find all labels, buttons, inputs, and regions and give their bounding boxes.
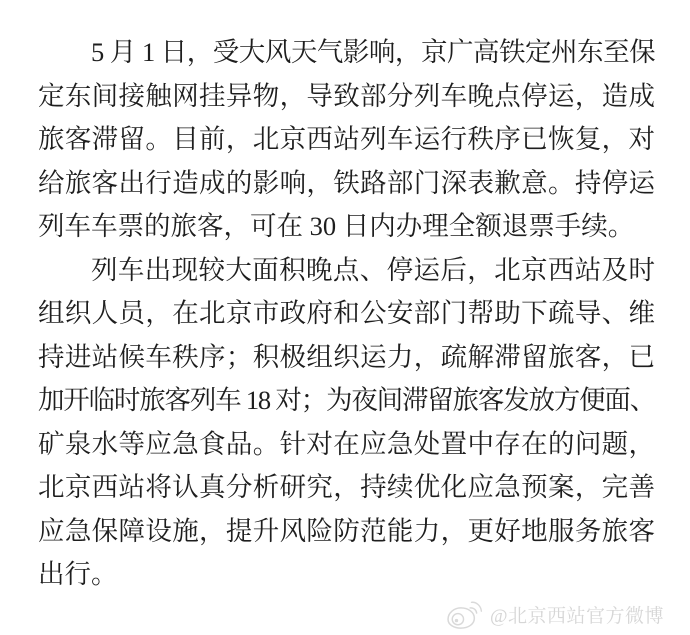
text-line: 加开临时旅客列车 18 对；为夜间滞留旅客发放方便面、: [38, 379, 655, 423]
announcement-text: 5 月 1 日，受大风天气影响，京广高铁定州东至保 定东间接触网挂异物，导致部分…: [38, 31, 655, 597]
text-line: 矿泉水等应急食品。针对在应急处置中存在的问题，: [38, 423, 655, 467]
paragraph-2: 列车出现较大面积晚点、停运后，北京西站及时 组织人员，在北京市政府和公安部门帮助…: [38, 249, 655, 597]
text-line: 定东间接触网挂异物，导致部分列车晚点停运，造成: [38, 75, 655, 119]
paragraph-1: 5 月 1 日，受大风天气影响，京广高铁定州东至保 定东间接触网挂异物，导致部分…: [38, 31, 655, 249]
text-line: 持进站候车秩序；积极组织运力，疏解滞留旅客，已: [38, 336, 655, 380]
text-line: 出行。: [38, 553, 655, 597]
text-line: 北京西站将认真分析研究，持续优化应急预案，完善: [38, 466, 655, 510]
text-line: 给旅客出行造成的影响，铁路部门深表歉意。持停运: [38, 162, 655, 206]
text-line: 5 月 1 日，受大风天气影响，京广高铁定州东至保: [38, 31, 655, 75]
announcement-page: 5 月 1 日，受大风天气影响，京广高铁定州东至保 定东间接触网挂异物，导致部分…: [0, 0, 690, 635]
weibo-logo-icon: [445, 599, 483, 630]
text-line: 组织人员，在北京市政府和公安部门帮助下疏导、维: [38, 292, 655, 336]
watermark: @北京西站官方微博: [445, 599, 664, 630]
text-line: 列车车票的旅客，可在 30 日内办理全额退票手续。: [38, 205, 655, 249]
text-line: 列车出现较大面积晚点、停运后，北京西站及时: [38, 249, 655, 293]
text-line: 旅客滞留。目前，北京西站列车运行秩序已恢复，对: [38, 118, 655, 162]
text-line: 应急保障设施，提升风险防范能力，更好地服务旅客: [38, 510, 655, 554]
watermark-handle: @北京西站官方微博: [490, 601, 664, 628]
